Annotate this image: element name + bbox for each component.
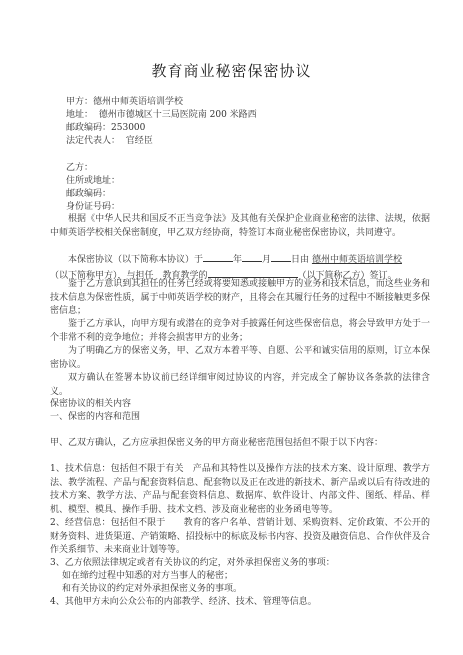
preamble: 根据《中华人民共和国反不正当竞争法》及其他有关保护企业商业秘密的法律、法规，依据… [50,213,430,240]
document-title: 教育商业秘密保密协议 [0,60,463,81]
scope-intro: 甲、乙双方确认，乙方应承担保密义务的甲方商业秘密范围包括但不限于以下内容： [50,437,383,450]
item-business-info: 2、经营信息：包括但不限于 教育的客户名单、营销计划、采购资料、定价政策、不公开… [50,517,430,558]
paragraph-4: 双方确认在签署本协议前已经详细审阅过协议的内容，并完成全了解协议各条款的法律含义… [50,372,430,399]
party-a-address: 地址： 德州市德城区十三局医院南 200 米路西 [66,109,257,122]
year-label: 年 [233,255,242,265]
signing-text-1: 本保密协议（以下简称本协议）于 [50,255,203,265]
day-blank [271,252,291,262]
item-legal-sub-2: 和有关协议的约定对外承担保密义务的事项。 [62,583,242,596]
paragraph-3: 为了明确乙方的保密义务，甲、乙双方本着平等、自愿、公平和诚实信用的原则，订立本保… [50,345,430,372]
representative-value: 官经臣 [126,136,153,146]
postcode-label: 邮政编码： [66,123,111,133]
document-page: 教育商业秘密保密协议 甲方：德州中师英语培训学校 地址： 德州市德城区十三局医院… [0,0,463,655]
address-value: 德州市德城区十三局医院南 200 米路西 [99,110,257,120]
party-a-postcode: 邮政编码：253000 [66,122,145,135]
address-label: 地址： [66,110,93,120]
year-blank [203,252,233,262]
section-heading: 保密协议的相关内容 [50,398,131,411]
item-legal-obligations: 3、乙方依照法律规定或者有关协议的约定，对外承担保密义务的事项： [50,557,335,570]
party-a-label: 甲方： [66,97,93,107]
representative-label: 法定代表人： [66,136,120,146]
month-blank [242,252,262,262]
postcode-value: 253000 [111,123,145,133]
school-name: 德州中师英语培训学校 [312,255,402,265]
item-other-info: 4、其他甲方未向公众公布的内部教学、经济、技术、管理等信息。 [50,596,317,609]
party-b-postcode: 邮政编码： [66,188,111,201]
party-a-name: 甲方：德州中师英语培训学校 [66,96,183,109]
party-b-name: 乙方： [66,162,93,175]
item-legal-sub-1: 如在缔约过程中知悉的对方当事人的秘密； [62,570,233,583]
month-label: 月 [262,255,271,265]
section-1-heading: 一、保密的内容和范围 [50,411,140,424]
party-a-representative: 法定代表人： 官经臣 [66,135,153,148]
day-label: 日由 [291,255,309,265]
paragraph-1: 鉴于乙方意识到其担任的任务已经或将要知悉或接触甲方的业务和技术信息，而这些业务和… [50,278,430,319]
party-b-address: 住所或地址： [66,175,120,188]
party-a-value: 德州中师英语培训学校 [93,97,183,107]
party-b-blank [208,268,298,278]
item-technical-info: 1、技术信息：包括但不限于有关 产品和其特性以及操作方法的技术方案、设计原理、教… [50,463,430,517]
paragraph-2: 鉴于乙方承认，向甲方现有或潜在的竞争对手披露任何这些保密信息，将会导致甲方处于一… [50,318,430,345]
